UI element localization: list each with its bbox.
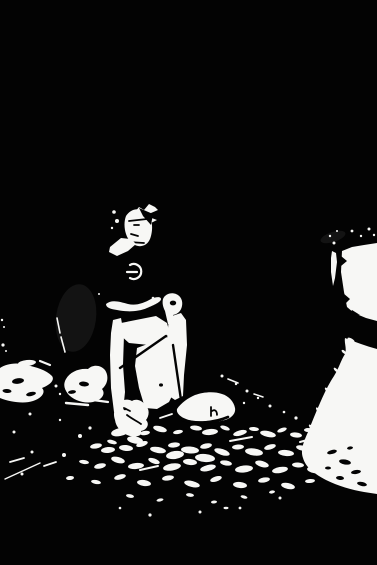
speck-dot (29, 413, 32, 416)
speck-dot (62, 453, 66, 457)
speck-dot (98, 293, 100, 295)
night-scene-photo: A person with curly hair and glasses sit… (0, 0, 377, 565)
speck-dot (368, 228, 371, 231)
speck-dot (115, 219, 119, 223)
speck-dot (239, 507, 242, 510)
speck-dot (199, 511, 202, 514)
dark-speckle (170, 301, 176, 306)
dark-speckle (159, 383, 163, 386)
speck-dot (13, 431, 16, 434)
speck-dot (333, 242, 336, 245)
speck-dot (59, 393, 61, 395)
speck-dot (235, 383, 237, 385)
speck-dot (351, 230, 354, 233)
speck-dot (111, 227, 113, 229)
dark-speckle (124, 408, 127, 410)
speck-dot (78, 434, 82, 438)
black-background (0, 0, 377, 565)
speck-dot (1, 343, 4, 346)
speck-dot (3, 326, 5, 328)
speck-dot (148, 513, 151, 516)
speck-dot (5, 350, 7, 352)
speck-dot (119, 507, 122, 510)
speck-dot (31, 451, 34, 454)
speck-dot (269, 405, 272, 408)
speck-dot (329, 235, 331, 237)
speck-dot (1, 319, 3, 321)
speck-dot (59, 419, 61, 421)
leaf-blob (224, 507, 229, 509)
speck-dot (336, 230, 338, 232)
speck-dot (221, 375, 224, 378)
speck-dot (279, 497, 282, 500)
speck-dot (243, 402, 245, 404)
speck-dot (246, 390, 249, 393)
speck-dot (88, 426, 91, 429)
speck-dot (55, 385, 58, 388)
speck-dot (257, 397, 259, 399)
speck-dot (373, 234, 375, 236)
speck-dot (283, 411, 286, 414)
speck-dot (112, 210, 116, 214)
speck-dot (360, 235, 362, 237)
speck-dot (21, 473, 24, 476)
dark-speckle (325, 467, 331, 470)
scene-canvas (0, 0, 377, 565)
speck-dot (294, 416, 297, 419)
speck-dot (152, 297, 155, 300)
